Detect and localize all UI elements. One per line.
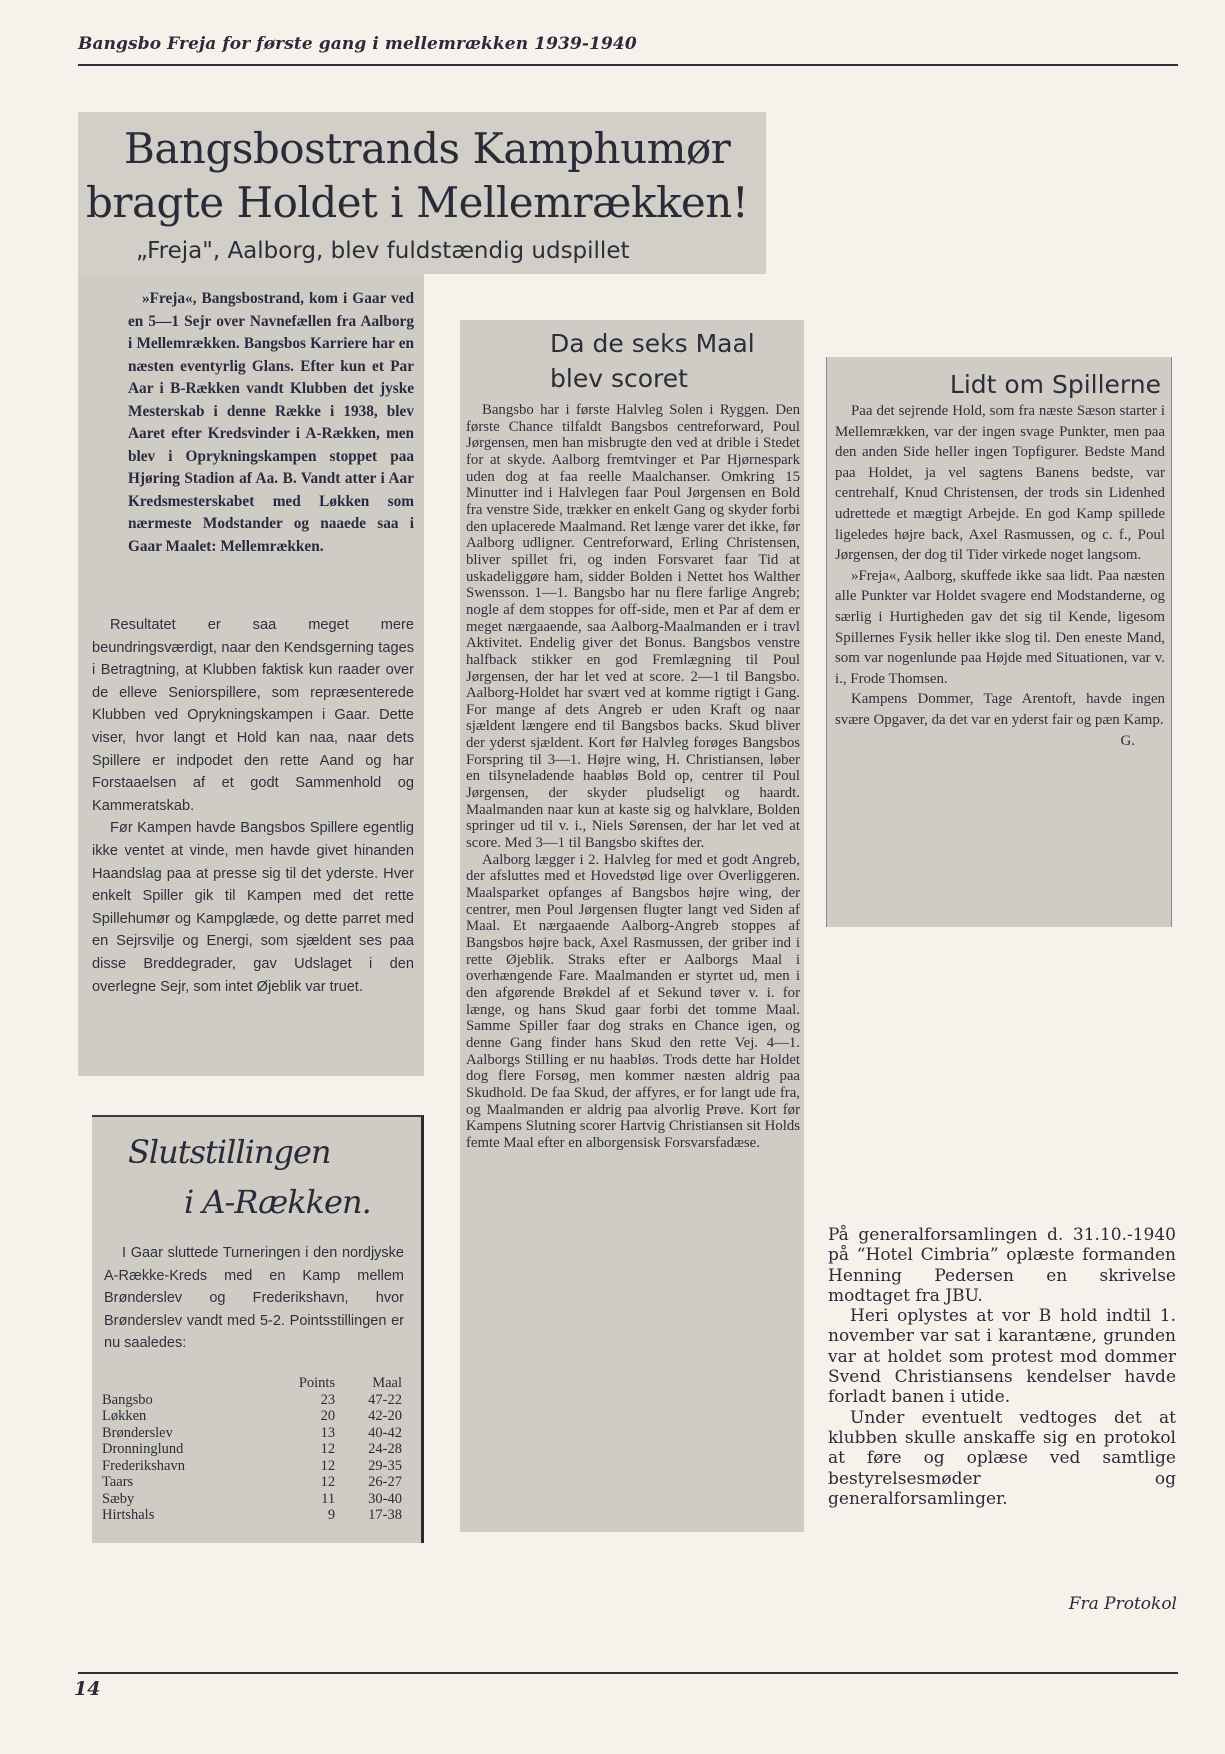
- standings-header-row: Points Maal: [102, 1375, 402, 1392]
- standings-rows: Bangsbo2347-22Løkken2042-20Brønderslev13…: [102, 1392, 402, 1524]
- headline-clipping: Bangsbostrands Kamphumør bragte Holdet i…: [78, 112, 766, 274]
- team-name: Løkken: [102, 1408, 274, 1425]
- article-paragraph: »Freja«, Aalborg, skuffede ikke saa lidt…: [835, 566, 1165, 690]
- team-goals: 17-38: [335, 1507, 402, 1524]
- team-points: 11: [274, 1491, 335, 1508]
- match-report-title: Da de seks Maal blev scoret: [550, 326, 800, 396]
- team-goals: 29-35: [335, 1458, 402, 1475]
- author-signature: G.: [835, 731, 1165, 752]
- standings-intro: I Gaar sluttede Turneringen i den nordjy…: [104, 1242, 404, 1355]
- header-rule: [78, 64, 1178, 66]
- standings-title-line-1: Slutstillingen: [128, 1133, 330, 1171]
- note-paragraph: Heri oplystes at vor B hold indtil 1. no…: [828, 1306, 1176, 1407]
- article-paragraph: Paa det sejrende Hold, som fra næste Sæs…: [835, 401, 1165, 566]
- table-row: Dronninglund1224-28: [102, 1441, 402, 1458]
- match-report-body: Bangsbo har i første Halvleg Solen i Ryg…: [466, 402, 800, 1152]
- column-header-goals: Maal: [335, 1375, 402, 1392]
- headline-line-2: bragte Holdet i Mellemrækken!: [86, 176, 748, 230]
- footer-rule: [78, 1672, 1178, 1674]
- team-points: 12: [274, 1458, 335, 1475]
- table-row: Brønderslev1340-42: [102, 1425, 402, 1442]
- team-name: Brønderslev: [102, 1425, 274, 1442]
- running-head: Bangsbo Freja for første gang i mellemræ…: [78, 34, 637, 54]
- lead-article-body: Resultatet er saa meget mere beundringsv…: [92, 614, 414, 998]
- team-name: Sæby: [102, 1491, 274, 1508]
- team-goals: 24-28: [335, 1441, 402, 1458]
- standings-intro-text: I Gaar sluttede Turneringen i den nordjy…: [104, 1242, 404, 1355]
- team-goals: 30-40: [335, 1491, 402, 1508]
- page-number: 14: [74, 1678, 100, 1700]
- team-name: Taars: [102, 1474, 274, 1491]
- headline-line-1: Bangsbostrands Kamphumør: [124, 122, 730, 176]
- team-points: 13: [274, 1425, 335, 1442]
- team-points: 20: [274, 1408, 335, 1425]
- players-clipping: Lidt om Spillerne Paa det sejrende Hold,…: [826, 357, 1172, 927]
- table-row: Sæby1130-40: [102, 1491, 402, 1508]
- article-paragraph: Bangsbo har i første Halvleg Solen i Ryg…: [466, 402, 800, 852]
- match-report-clipping: Da de seks Maal blev scoret Bangsbo har …: [460, 320, 804, 1532]
- team-goals: 26-27: [335, 1474, 402, 1491]
- column-header-points: Points: [274, 1375, 335, 1392]
- article-paragraph: Resultatet er saa meget mere beundringsv…: [92, 614, 414, 817]
- team-goals: 47-22: [335, 1392, 402, 1409]
- team-points: 23: [274, 1392, 335, 1409]
- table-row: Løkken2042-20: [102, 1408, 402, 1425]
- standings-title-line-2: i A-Rækken.: [184, 1183, 371, 1221]
- players-body: Paa det sejrende Hold, som fra næste Sæs…: [835, 401, 1165, 751]
- article-paragraph: Aalborg lægger i 2. Halvleg for med et g…: [466, 852, 800, 1152]
- column-header-team: [102, 1375, 274, 1392]
- table-row: Taars1226-27: [102, 1474, 402, 1491]
- standings-clipping: Slutstillingen i A-Rækken. I Gaar slutte…: [92, 1115, 424, 1543]
- note-paragraph: På generalforsamlingen d. 31.10.-1940 på…: [828, 1225, 1176, 1306]
- team-points: 12: [274, 1474, 335, 1491]
- lead-paragraph: »Freja«, Bangsbostrand, kom i Gaar ved e…: [128, 288, 414, 558]
- team-name: Dronninglund: [102, 1441, 274, 1458]
- team-name: Hirtshals: [102, 1507, 274, 1524]
- source-credit: Fra Protokol: [1069, 1594, 1177, 1614]
- lead-article-clipping: »Freja«, Bangsbostrand, kom i Gaar ved e…: [78, 274, 424, 1076]
- subheadline: „Freja", Aalborg, blev fuldstændig udspi…: [136, 238, 630, 264]
- protocol-note: På generalforsamlingen d. 31.10.-1940 på…: [828, 1225, 1176, 1509]
- team-points: 9: [274, 1507, 335, 1524]
- team-name: Bangsbo: [102, 1392, 274, 1409]
- article-paragraph: Før Kampen havde Bangsbos Spillere egent…: [92, 817, 414, 998]
- players-title: Lidt om Spillerne: [950, 367, 1161, 402]
- table-row: Bangsbo2347-22: [102, 1392, 402, 1409]
- note-paragraph: Under eventuelt vedtoges det at klubben …: [828, 1408, 1176, 1509]
- team-name: Frederikshavn: [102, 1458, 274, 1475]
- team-points: 12: [274, 1441, 335, 1458]
- team-goals: 42-20: [335, 1408, 402, 1425]
- article-paragraph: Kampens Dommer, Tage Arentoft, havde ing…: [835, 689, 1165, 730]
- standings-table: Points Maal Bangsbo2347-22Løkken2042-20B…: [102, 1375, 402, 1524]
- team-goals: 40-42: [335, 1425, 402, 1442]
- table-row: Frederikshavn1229-35: [102, 1458, 402, 1475]
- table-row: Hirtshals917-38: [102, 1507, 402, 1524]
